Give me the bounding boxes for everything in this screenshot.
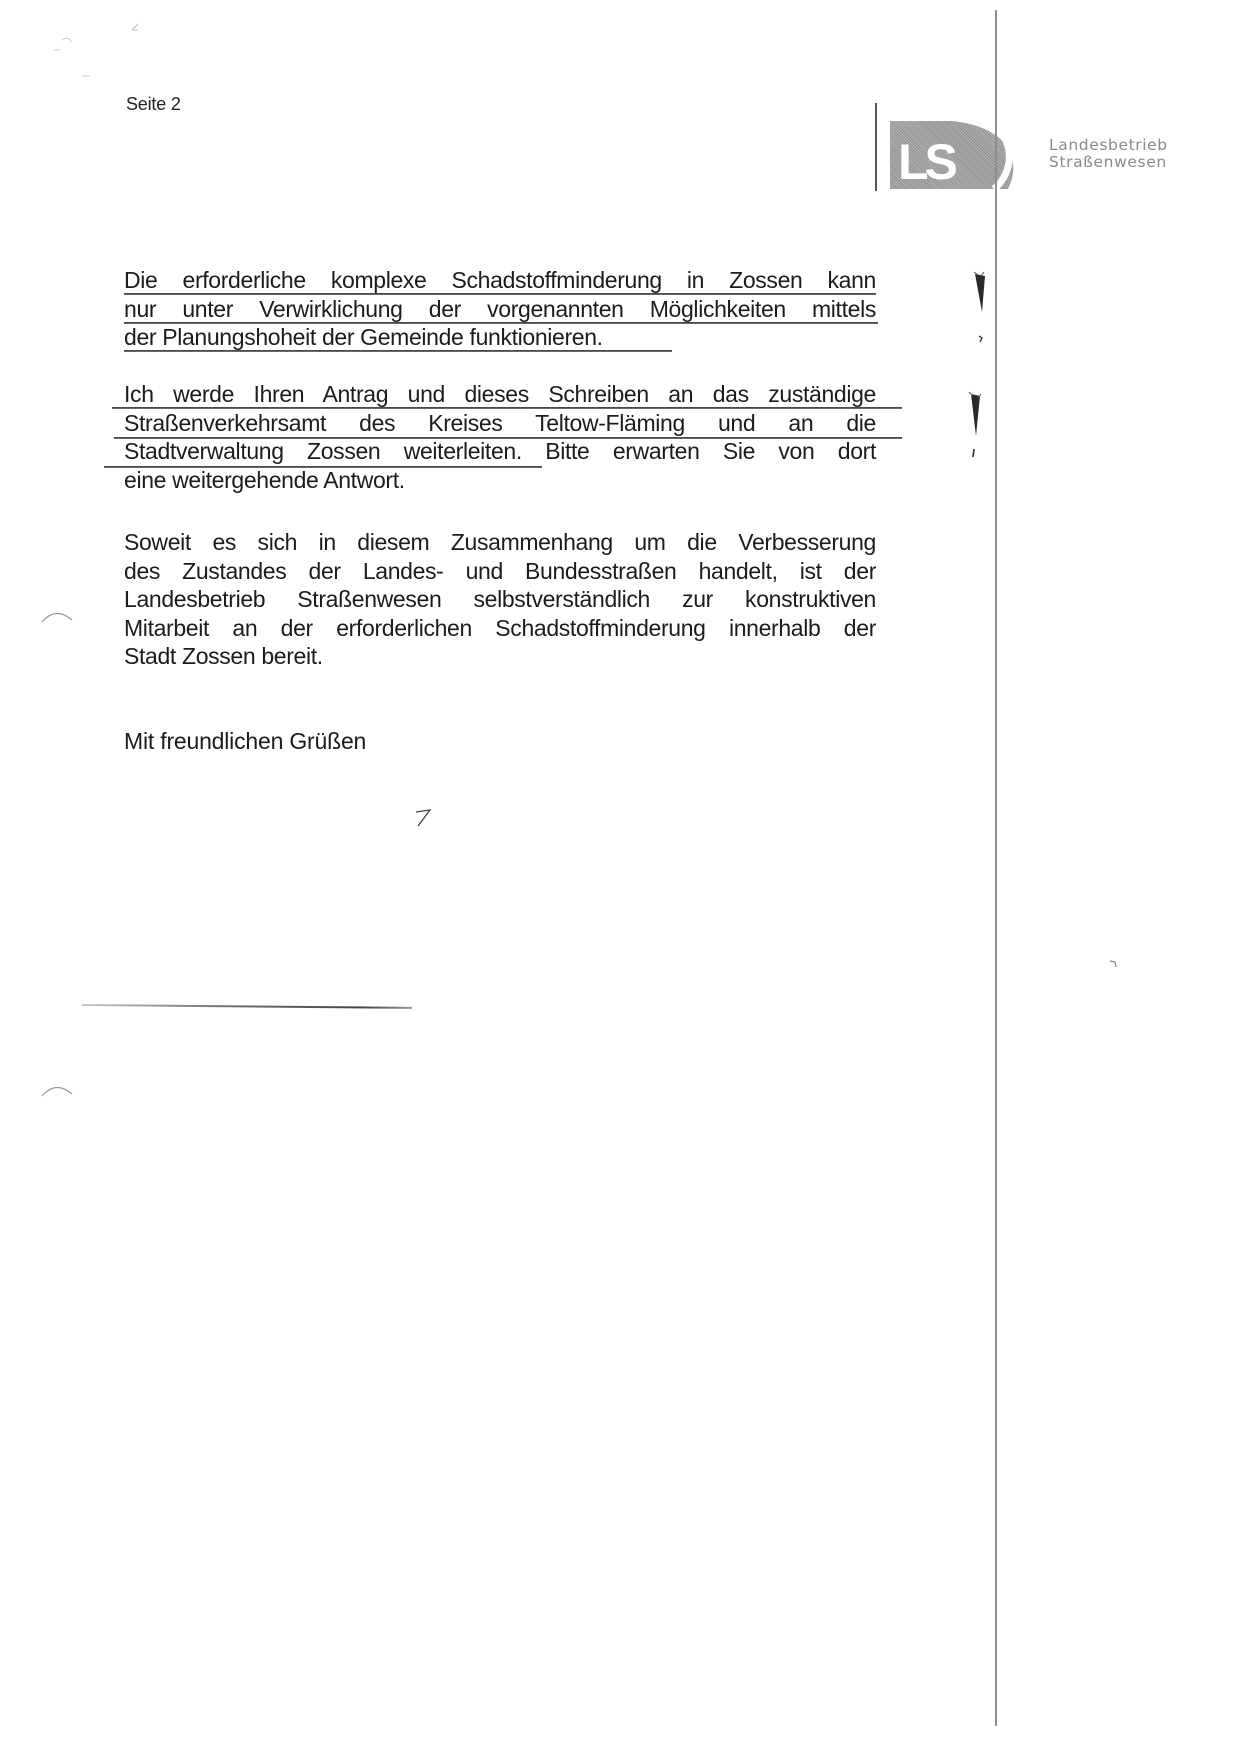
underline-stroke xyxy=(104,466,542,468)
underline-stroke xyxy=(114,437,902,439)
underline-stroke xyxy=(124,322,878,324)
paragraph-line: Die erforderliche komplexe Schadstoffmin… xyxy=(124,266,876,295)
logo-name-line2: Straßenwesen xyxy=(1049,154,1168,171)
paragraph-line: Ich werde Ihren Antrag und dieses Schrei… xyxy=(124,380,876,409)
paragraph-line: des Zustandes der Landes- und Bundesstra… xyxy=(124,557,876,586)
logo-wordmark: Landesbetrieb Straßenwesen xyxy=(1049,137,1168,171)
logo-mark: LS xyxy=(890,121,1020,189)
scan-artifact xyxy=(1108,958,1120,970)
underline-stroke xyxy=(124,350,672,352)
paragraph-line: Landesbetrieb Straßenwesen selbstverstän… xyxy=(124,585,876,614)
signature-line xyxy=(82,1004,412,1009)
punch-hole-mark xyxy=(38,600,78,630)
ls-logo-icon: LS xyxy=(890,121,1020,189)
underline-stroke xyxy=(112,407,902,409)
logo-name-line1: Landesbetrieb xyxy=(1049,137,1168,154)
paragraph-line: Straßenverkehrsamt des Kreises Teltow-Fl… xyxy=(124,409,876,438)
page-number: Seite 2 xyxy=(126,94,181,115)
paragraph-line: Stadt Zossen bereit. xyxy=(124,642,876,671)
underline-stroke xyxy=(124,293,876,295)
margin-rule xyxy=(995,10,997,1726)
logo-divider xyxy=(875,103,877,191)
paragraph-line: nur unter Verwirklichung der vorgenannte… xyxy=(124,295,876,324)
punch-hole-mark xyxy=(38,1074,78,1104)
margin-dot-icon xyxy=(977,334,985,344)
paragraph-line: Stadtverwaltung Zossen weiterleiten. Bit… xyxy=(124,437,876,466)
paragraph-3: Soweit es sich in diesem Zusammenhang um… xyxy=(124,528,876,671)
paragraph-line: Mitarbeit an der erforderlichen Schadsto… xyxy=(124,614,876,643)
margin-dot-icon xyxy=(970,448,978,460)
paragraph-line: eine weitergehende Antwort. xyxy=(124,466,876,495)
svg-text:LS: LS xyxy=(898,134,957,189)
margin-check-icon xyxy=(968,390,988,440)
paragraph-line: Soweit es sich in diesem Zusammenhang um… xyxy=(124,528,876,557)
margin-check-icon xyxy=(972,270,992,315)
scan-artifact xyxy=(20,10,160,90)
paragraph-1: Die erforderliche komplexe Schadstoffmin… xyxy=(124,266,876,352)
closing-salutation: Mit freundlichen Grüßen xyxy=(124,728,366,755)
paragraph-line: der Planungshoheit der Gemeinde funktion… xyxy=(124,323,876,352)
signature-mark xyxy=(412,806,442,836)
